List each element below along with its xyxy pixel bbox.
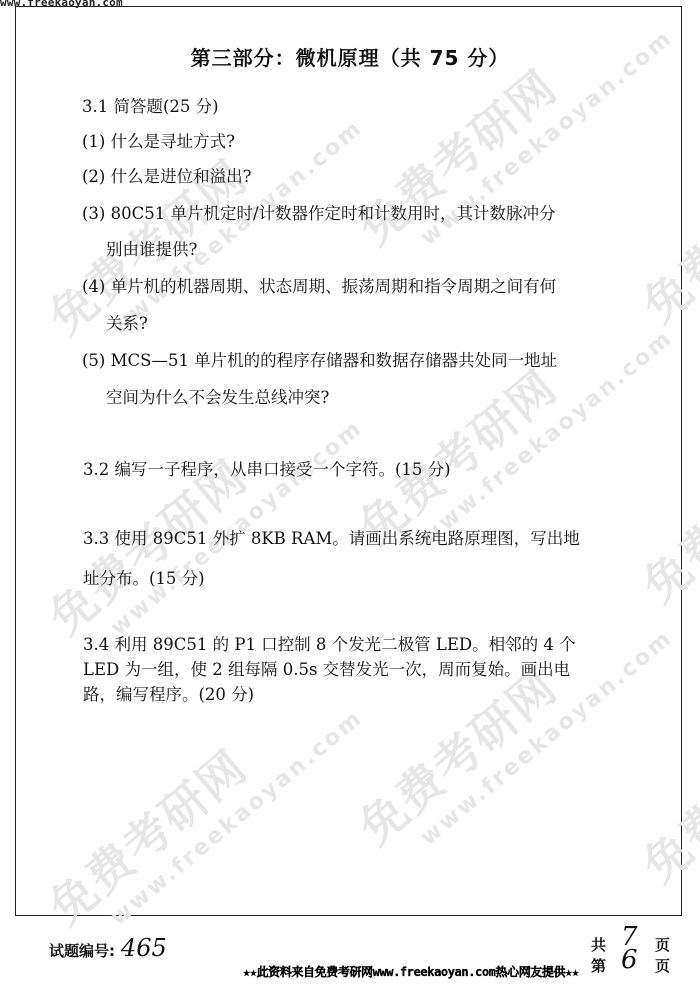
question-3-4-line3: 路，编写程序。(20 分) bbox=[83, 681, 254, 705]
total-pages-unit: 页 bbox=[655, 934, 670, 955]
current-page-label: 第 bbox=[591, 955, 606, 976]
question-3-1-5-line2: 空间为什么不会发生总线冲突? bbox=[106, 384, 329, 408]
question-3-4-line2: LED 为一组，使 2 组每隔 0.5s 交替发光一次，周而复始。画出电 bbox=[83, 656, 570, 680]
question-3-1-3-line2: 别由谁提供? bbox=[106, 236, 197, 260]
question-3-1-4-line2: 关系? bbox=[106, 310, 148, 334]
total-pages-label: 共 bbox=[591, 934, 606, 955]
question-3-1-5-line1: (5) MCS—51 单片机的的程序存储器和数据存储器共处同一地址 bbox=[82, 347, 557, 371]
exam-code-value: 465 bbox=[121, 934, 167, 962]
question-3-1-heading: 3.1 简答题(25 分) bbox=[82, 93, 219, 117]
current-page-unit: 页 bbox=[655, 955, 670, 976]
question-3-4-line1: 3.4 利用 89C51 的 P1 口控制 8 个发光二极管 LED。相邻的 4… bbox=[83, 631, 576, 655]
question-3-2: 3.2 编写一子程序，从串口接受一个字符。(15 分) bbox=[83, 456, 451, 480]
section-title: 第三部分：微机原理（共 75 分） bbox=[0, 42, 700, 71]
question-3-1-4-line1: (4) 单片机的机器周期、状态周期、振荡周期和指令周期之间有何 bbox=[82, 273, 556, 297]
question-3-1-1: (1) 什么是寻址方式? bbox=[82, 128, 235, 152]
question-3-1-3-line1: (3) 80C51 单片机定时/计数器作定时和计数用时，其计数脉冲分 bbox=[82, 200, 556, 224]
exam-code: 试题编号:465 bbox=[49, 934, 167, 962]
source-banner: ★★此资料来自免费考研网www.freekaoyan.com热心网友提供★★ bbox=[243, 963, 579, 980]
question-3-1-2: (2) 什么是进位和溢出? bbox=[82, 163, 251, 187]
exam-code-label: 试题编号: bbox=[49, 942, 115, 960]
question-3-3-line2: 址分布。(15 分) bbox=[83, 565, 205, 589]
current-page-value: 6 bbox=[621, 945, 638, 975]
question-3-3-line1: 3.3 使用 89C51 外扩 8KB RAM。请画出系统电路原理图，写出地 bbox=[83, 525, 580, 549]
